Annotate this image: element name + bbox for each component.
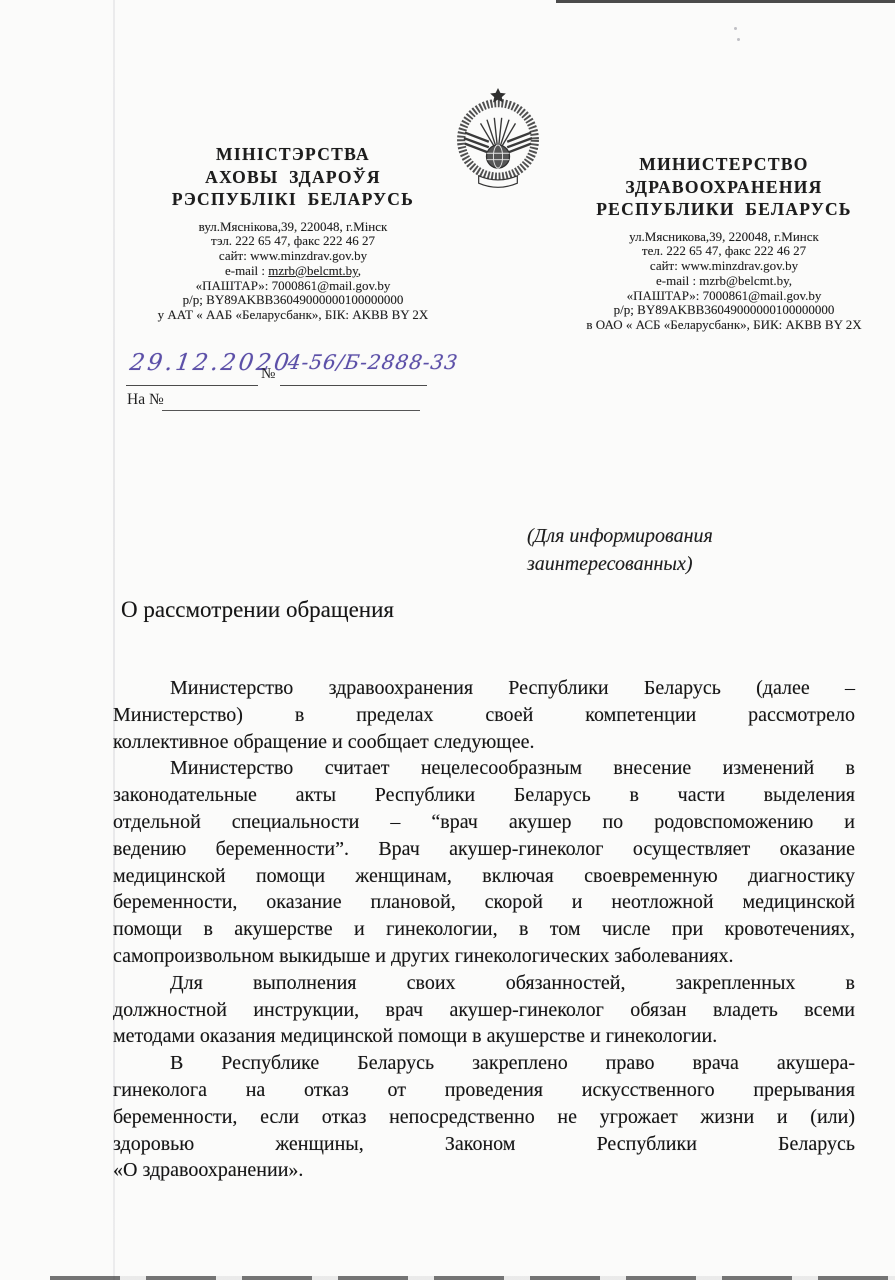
letterhead-belarusian-block: МІНІСТЭРСТВА АХОВЫ ЗДАРОЎЯ РЭСПУБЛІКІ БЕ… xyxy=(118,143,468,323)
address-line: сайт: www.minzdrav.gov.by xyxy=(553,259,895,274)
org-name-line: РЭСПУБЛІКІ БЕЛАРУСЬ xyxy=(118,188,468,211)
body-line: Министерство) в пределах своей компетенц… xyxy=(113,702,855,729)
addressee-note-line: заинтересованных) xyxy=(527,550,807,578)
email-text: mzrb@belcmt.by xyxy=(268,263,357,278)
scanned-letter-page: МІНІСТЭРСТВА АХОВЫ ЗДАРОЎЯ РЭСПУБЛІКІ БЕ… xyxy=(0,0,895,1280)
address-line: р/р; BY89AKBB36049000000100000000 xyxy=(118,293,468,308)
org-name-line: МИНИСТЕРСТВО xyxy=(553,153,895,176)
scan-speck xyxy=(737,38,740,41)
org-name-line: ЗДРАВООХРАНЕНИЯ xyxy=(553,176,895,199)
address-line: «ПАШТАР»: 7000861@mail.gov.by xyxy=(553,289,895,304)
scan-edge-artifact-top xyxy=(556,0,895,3)
body-text: Министерство здравоохранения Республики … xyxy=(113,675,855,1184)
number-underline xyxy=(280,385,427,386)
addressee-note: (Для информирования заинтересованных) xyxy=(527,522,807,578)
body-line: самопроизвольном выкидыше и других гинек… xyxy=(113,943,855,970)
handwritten-number: 4-56/Б-2888-33 xyxy=(286,350,460,374)
body-line: медицинской помощи женщинам, включая сво… xyxy=(113,863,855,890)
reply-number-blank-line xyxy=(162,410,420,411)
body-line: методами оказания медицинской помощи в а… xyxy=(113,1023,855,1050)
address-line: тел. 222 65 47, факс 222 46 27 xyxy=(553,244,895,259)
org-name-line: МІНІСТЭРСТВА xyxy=(118,143,468,166)
address-line: р/р; BY89AKBB36049000000100000000 xyxy=(553,303,895,318)
body-line: беременности, оказание плановой, скорой … xyxy=(113,889,855,916)
body-line: ведению беременности”. Врач акушер-гинек… xyxy=(113,836,855,863)
number-label: № xyxy=(261,366,275,383)
org-address-by: вул.Мяснікова,39, 220048, г.Мінсктэл. 22… xyxy=(118,220,468,324)
reply-to-label: На № xyxy=(127,391,164,409)
body-line: должностной инструкции, врач акушер-гине… xyxy=(113,997,855,1024)
body-line: Министерство здравоохранения Республики … xyxy=(113,675,855,702)
body-line: В Республике Беларусь закреплено право в… xyxy=(113,1050,855,1077)
email-suffix: , xyxy=(358,263,361,278)
address-line: у ААТ « ААБ «Беларусбанк», БІК: AKBB BY … xyxy=(118,308,468,323)
org-name-line: АХОВЫ ЗДАРОЎЯ xyxy=(118,166,468,189)
org-name-by: МІНІСТЭРСТВА АХОВЫ ЗДАРОЎЯ РЭСПУБЛІКІ БЕ… xyxy=(118,143,468,211)
address-line: e-mail : mzrb@belcmt.by, xyxy=(553,274,895,289)
body-line: помощи в акушерстве и гинекологии, в том… xyxy=(113,916,855,943)
scan-speck xyxy=(734,27,737,30)
subject-line: О рассмотрении обращения xyxy=(121,597,394,623)
address-line: тэл. 222 65 47, факс 222 46 27 xyxy=(118,234,468,249)
address-line: в ОАО « АСБ «Беларусбанк», БИК: AKBB BY … xyxy=(553,318,895,333)
email-label: e-mail : xyxy=(225,263,268,278)
body-line: Министерство считает нецелесообразным вн… xyxy=(113,755,855,782)
body-line: гинеколога на отказ от проведения искусс… xyxy=(113,1077,855,1104)
address-line: вул.Мяснікова,39, 220048, г.Мінск xyxy=(118,220,468,235)
scan-edge-artifact-bottom xyxy=(50,1276,895,1280)
body-line: отдельной специальности – “врач акушер п… xyxy=(113,809,855,836)
body-line: здоровью женщины, Законом Республики Бел… xyxy=(113,1131,855,1158)
address-line-email: e-mail : mzrb@belcmt.by, xyxy=(118,264,468,279)
letterhead-russian-block: МИНИСТЕРСТВО ЗДРАВООХРАНЕНИЯ РЕСПУБЛИКИ … xyxy=(553,153,895,333)
address-line: сайт: www.minzdrav.gov.by xyxy=(118,249,468,264)
addressee-note-line: (Для информирования xyxy=(527,522,807,550)
date-underline xyxy=(126,385,258,386)
address-line: «ПАШТАР»: 7000861@mail.gov.by xyxy=(118,279,468,294)
org-name-ru: МИНИСТЕРСТВО ЗДРАВООХРАНЕНИЯ РЕСПУБЛИКИ … xyxy=(553,153,895,221)
address-line: ул.Мясникова,39, 220048, г.Минск xyxy=(553,230,895,245)
body-line: «О здравоохранении». xyxy=(113,1157,855,1184)
body-line: беременности, если отказ непосредственно… xyxy=(113,1104,855,1131)
body-line: законодательные акты Республики Беларусь… xyxy=(113,782,855,809)
body-line: Для выполнения своих обязанностей, закре… xyxy=(113,970,855,997)
org-name-line: РЕСПУБЛИКИ БЕЛАРУСЬ xyxy=(553,198,895,221)
org-address-ru: ул.Мясникова,39, 220048, г.Минсктел. 222… xyxy=(553,230,895,334)
body-line: коллективное обращение и сообщает следую… xyxy=(113,729,855,756)
